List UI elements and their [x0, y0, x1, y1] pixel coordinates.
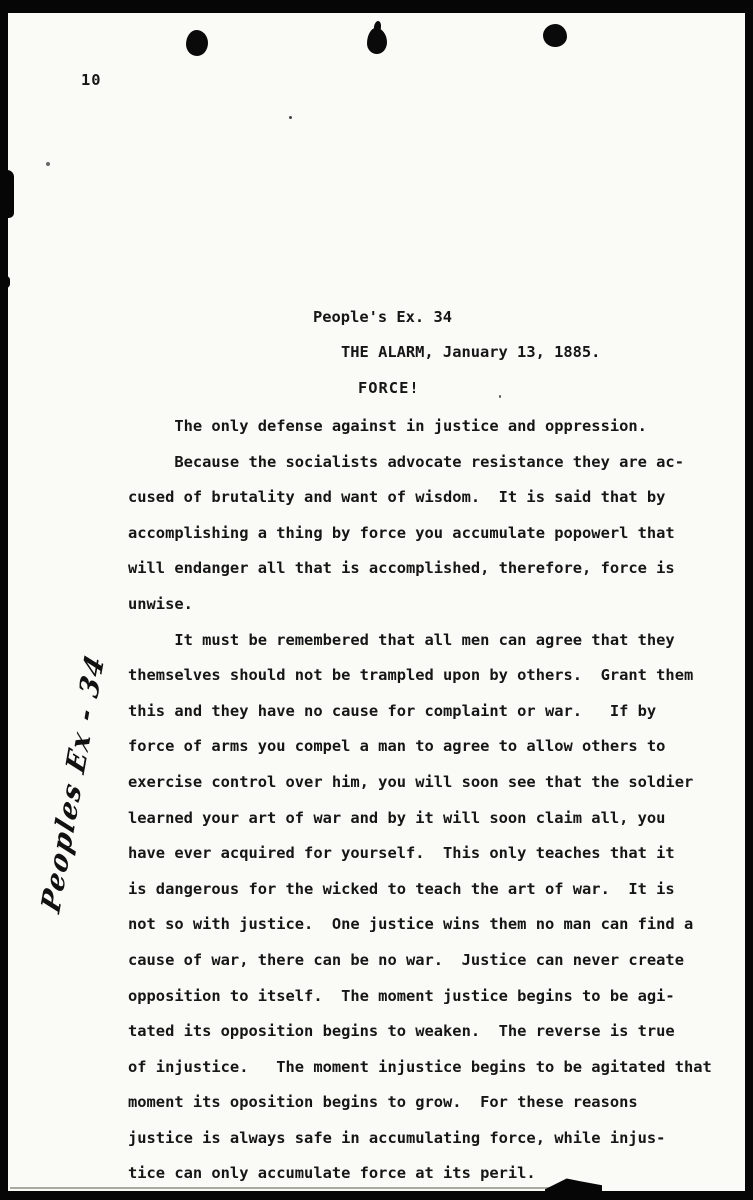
publication-dateline: THE ALARM, January 13, 1885. [341, 335, 600, 371]
text-line: tated its opposition begins to weaken. T… [128, 1014, 712, 1050]
exhibit-label: People's Ex. 34 [313, 300, 452, 336]
text-line: exercise control over him, you will soon… [128, 765, 712, 801]
scan-border-bottom [0, 1191, 753, 1200]
scan-border-top [0, 0, 753, 13]
text-line: unwise. [128, 587, 712, 623]
scan-border-right [745, 0, 753, 1200]
text-line: themselves should not be trampled upon b… [128, 658, 712, 694]
binder-hole-mark-left [186, 30, 208, 56]
text-line: have ever acquired for yourself. This on… [128, 836, 712, 872]
text-line: tice can only accumulate force at its pe… [128, 1156, 712, 1192]
text-line: is dangerous for the wicked to teach the… [128, 872, 712, 908]
scan-border-left-bump [0, 276, 10, 288]
scan-speckle [289, 116, 292, 119]
text-line: cused of brutality and want of wisdom. I… [128, 480, 712, 516]
text-line: learned your art of war and by it will s… [128, 801, 712, 837]
text-line: It must be remembered that all men can a… [128, 623, 712, 659]
text-line: not so with justice. One justice wins th… [128, 907, 712, 943]
text-line: of injustice. The moment injustice begin… [128, 1050, 712, 1086]
text-line: accomplishing a thing by force you accum… [128, 516, 712, 552]
binder-hole-mark-right [543, 24, 567, 47]
text-line: will endanger all that is accomplished, … [128, 551, 712, 587]
text-line: Because the socialists advocate resistan… [128, 445, 712, 481]
text-line: justice is always safe in accumulating f… [128, 1121, 712, 1157]
typewritten-body: The only defense against in justice and … [128, 409, 712, 1192]
scan-border-left-bulge [0, 170, 14, 218]
binder-hole-mark-center [367, 28, 387, 54]
text-line: opposition to itself. The moment justice… [128, 979, 712, 1015]
text-line: The only defense against in justice and … [128, 409, 712, 445]
margin-note-text: Peoples Ex - 34 [36, 649, 111, 917]
text-line: cause of war, there can be no war. Justi… [128, 943, 712, 979]
scan-speckle [499, 395, 501, 398]
handwritten-margin-note: Peoples Ex - 34 [34, 643, 122, 926]
text-line: moment its oposition begins to grow. For… [128, 1085, 712, 1121]
text-line: this and they have no cause for complain… [128, 694, 712, 730]
scanned-document-page: 10 People's Ex. 34 THE ALARM, January 13… [0, 0, 753, 1200]
page-number: 10 [81, 63, 102, 99]
text-line: force of arms you compel a man to agree … [128, 729, 712, 765]
article-headline: FORCE! [358, 371, 420, 407]
scan-speckle [46, 162, 50, 166]
